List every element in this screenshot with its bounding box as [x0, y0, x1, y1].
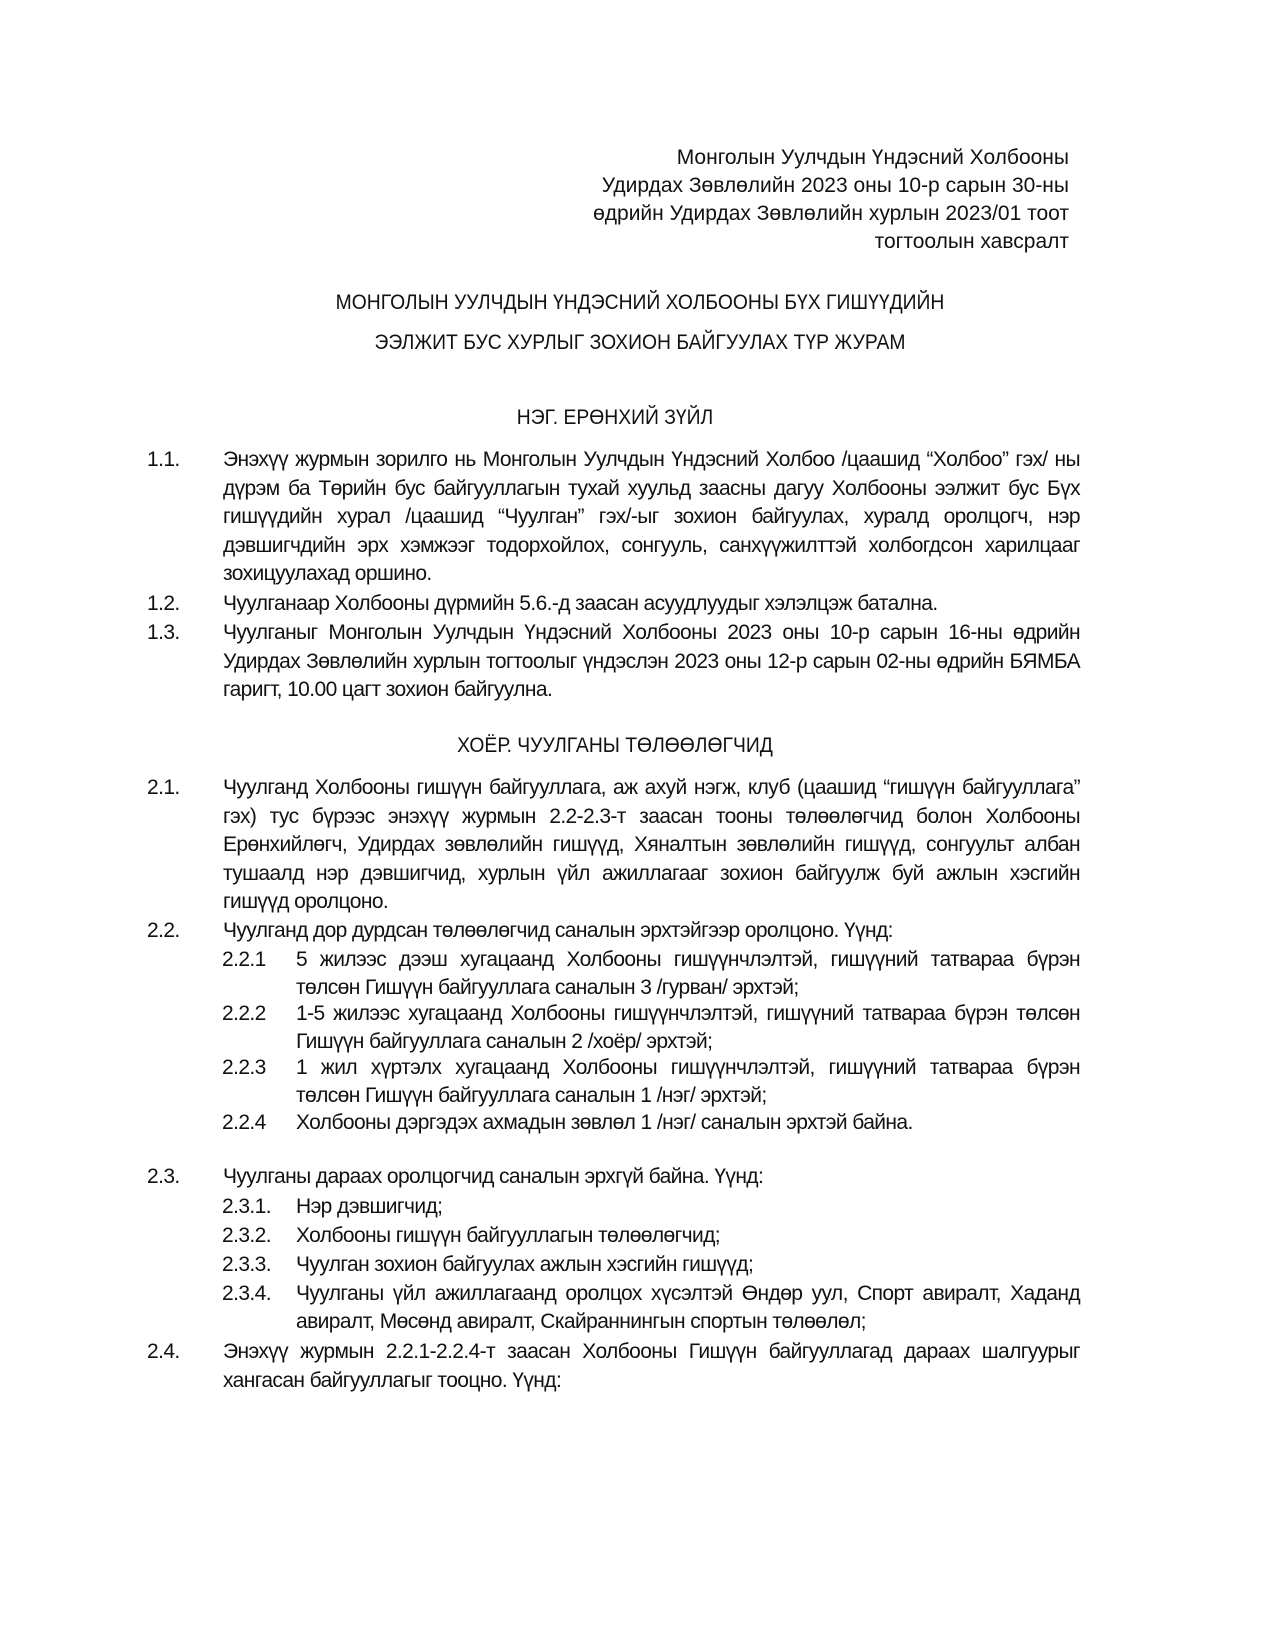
header-line: тогтоолын хавсралт — [509, 228, 1069, 256]
subclause-text: Чуулганы үйл ажиллагаанд оролцох хүсэлтэ… — [296, 1280, 1080, 1336]
subclause-2-2-1: 2.2.1 5 жилээс дээш хугацаанд Холбооны г… — [222, 946, 1080, 1002]
clause-2-4: 2.4. Энэхүү журмын 2.2.1-2.2.4-т заасан … — [147, 1338, 1080, 1395]
header-line: Монголын Уулчдын Үндэсний Холбооны — [509, 144, 1069, 172]
document-page: Монголын Уулчдын Үндэсний Холбооны Удирд… — [0, 0, 1275, 1650]
header-line: өдрийн Удирдах Зөвлөлийн хурлын 2023/01 … — [509, 200, 1069, 228]
subclause-2-2-3: 2.2.3 1 жил хүртэлх хугацаанд Холбооны г… — [222, 1054, 1080, 1110]
clause-text: Чуулганыг Монголын Уулчдын Үндэсний Холб… — [223, 619, 1080, 705]
clause-number: 2.2. — [147, 917, 180, 946]
clause-2-3: 2.3. Чуулганы дараах оролцогчид саналын … — [147, 1163, 1080, 1192]
subclause-text: 5 жилээс дээш хугацаанд Холбооны гишүүнч… — [296, 946, 1080, 1002]
subclause-text: Нэр дэвшигчид; — [296, 1193, 1080, 1221]
clause-text: Энэхүү журмын зорилго нь Монголын Уулчды… — [223, 446, 1080, 589]
attachment-header: Монголын Уулчдын Үндэсний Холбооны Удирд… — [509, 144, 1069, 256]
clause-text: Чуулганд дор дурдсан төлөөлөгчид саналын… — [223, 917, 1080, 946]
subclause-number: 2.2.1 — [222, 946, 266, 974]
title-line-1: МОНГОЛЫН УУЛЧДЫН ҮНДЭСНИЙ ХОЛБООНЫ БҮХ Г… — [235, 283, 1045, 323]
subclause-2-3-4: 2.3.4. Чуулганы үйл ажиллагаанд оролцох … — [222, 1280, 1080, 1336]
document-title: МОНГОЛЫН УУЛЧДЫН ҮНДЭСНИЙ ХОЛБООНЫ БҮХ Г… — [235, 283, 1045, 363]
clause-number: 2.4. — [147, 1338, 180, 1367]
clause-1-2: 1.2. Чуулганаар Холбооны дүрмийн 5.6.-д … — [147, 590, 1080, 619]
clause-text: Чуулганд Холбооны гишүүн байгууллага, аж… — [223, 774, 1080, 917]
subclause-text: 1-5 жилээс хугацаанд Холбооны гишүүнчлэл… — [296, 1000, 1080, 1056]
clause-2-2: 2.2. Чуулганд дор дурдсан төлөөлөгчид са… — [147, 917, 1080, 946]
subclause-number: 2.3.3. — [222, 1251, 271, 1279]
subclause-text: Холбооны дэргэдэх ахмадын зөвлөл 1 /нэг/… — [296, 1109, 1080, 1137]
clause-1-1: 1.1. Энэхүү журмын зорилго нь Монголын У… — [147, 446, 1080, 589]
clause-number: 2.1. — [147, 774, 180, 803]
subclause-2-3-1: 2.3.1. Нэр дэвшигчид; — [222, 1193, 1080, 1221]
subclause-number: 2.3.4. — [222, 1280, 271, 1308]
clause-2-1: 2.1. Чуулганд Холбооны гишүүн байгууллаг… — [147, 774, 1080, 917]
clause-text: Чуулганы дараах оролцогчид саналын эрхгү… — [223, 1163, 1080, 1192]
subclause-number: 2.3.1. — [222, 1193, 271, 1221]
subclause-text: Холбооны гишүүн байгууллагын төлөөлөгчид… — [296, 1222, 1080, 1250]
clause-1-3: 1.3. Чуулганыг Монголын Уулчдын Үндэсний… — [147, 619, 1080, 705]
subclause-text: Чуулган зохион байгуулах ажлын хэсгийн г… — [296, 1251, 1080, 1279]
clause-number: 1.3. — [147, 619, 180, 648]
subclause-number: 2.2.4 — [222, 1109, 266, 1137]
subclause-2-3-3: 2.3.3. Чуулган зохион байгуулах ажлын хэ… — [222, 1251, 1080, 1279]
subclause-number: 2.2.2 — [222, 1000, 266, 1028]
subclause-number: 2.3.2. — [222, 1222, 271, 1250]
subclause-2-2-4: 2.2.4 Холбооны дэргэдэх ахмадын зөвлөл 1… — [222, 1109, 1080, 1137]
clause-number: 2.3. — [147, 1163, 180, 1192]
subclause-2-3-2: 2.3.2. Холбооны гишүүн байгууллагын төлө… — [222, 1222, 1080, 1250]
clause-text: Чуулганаар Холбооны дүрмийн 5.6.-д зааса… — [223, 590, 1080, 619]
section-heading-1: НЭГ. ЕРӨНХИЙ ЗҮЙЛ — [187, 404, 1043, 432]
clause-number: 1.1. — [147, 446, 180, 475]
clause-text: Энэхүү журмын 2.2.1-2.2.4-т заасан Холбо… — [223, 1338, 1080, 1395]
title-line-2: ЭЭЛЖИТ БУС ХУРЛЫГ ЗОХИОН БАЙГУУЛАХ ТҮР Ж… — [235, 323, 1045, 363]
clause-number: 1.2. — [147, 590, 180, 619]
header-line: Удирдах Зөвлөлийн 2023 оны 10-р сарын 30… — [509, 172, 1069, 200]
subclause-2-2-2: 2.2.2 1-5 жилээс хугацаанд Холбооны гишү… — [222, 1000, 1080, 1056]
subclause-text: 1 жил хүртэлх хугацаанд Холбооны гишүүнч… — [296, 1054, 1080, 1110]
section-heading-2: ХОЁР. ЧУУЛГАНЫ ТӨЛӨӨЛӨГЧИД — [187, 732, 1043, 760]
subclause-number: 2.2.3 — [222, 1054, 266, 1082]
